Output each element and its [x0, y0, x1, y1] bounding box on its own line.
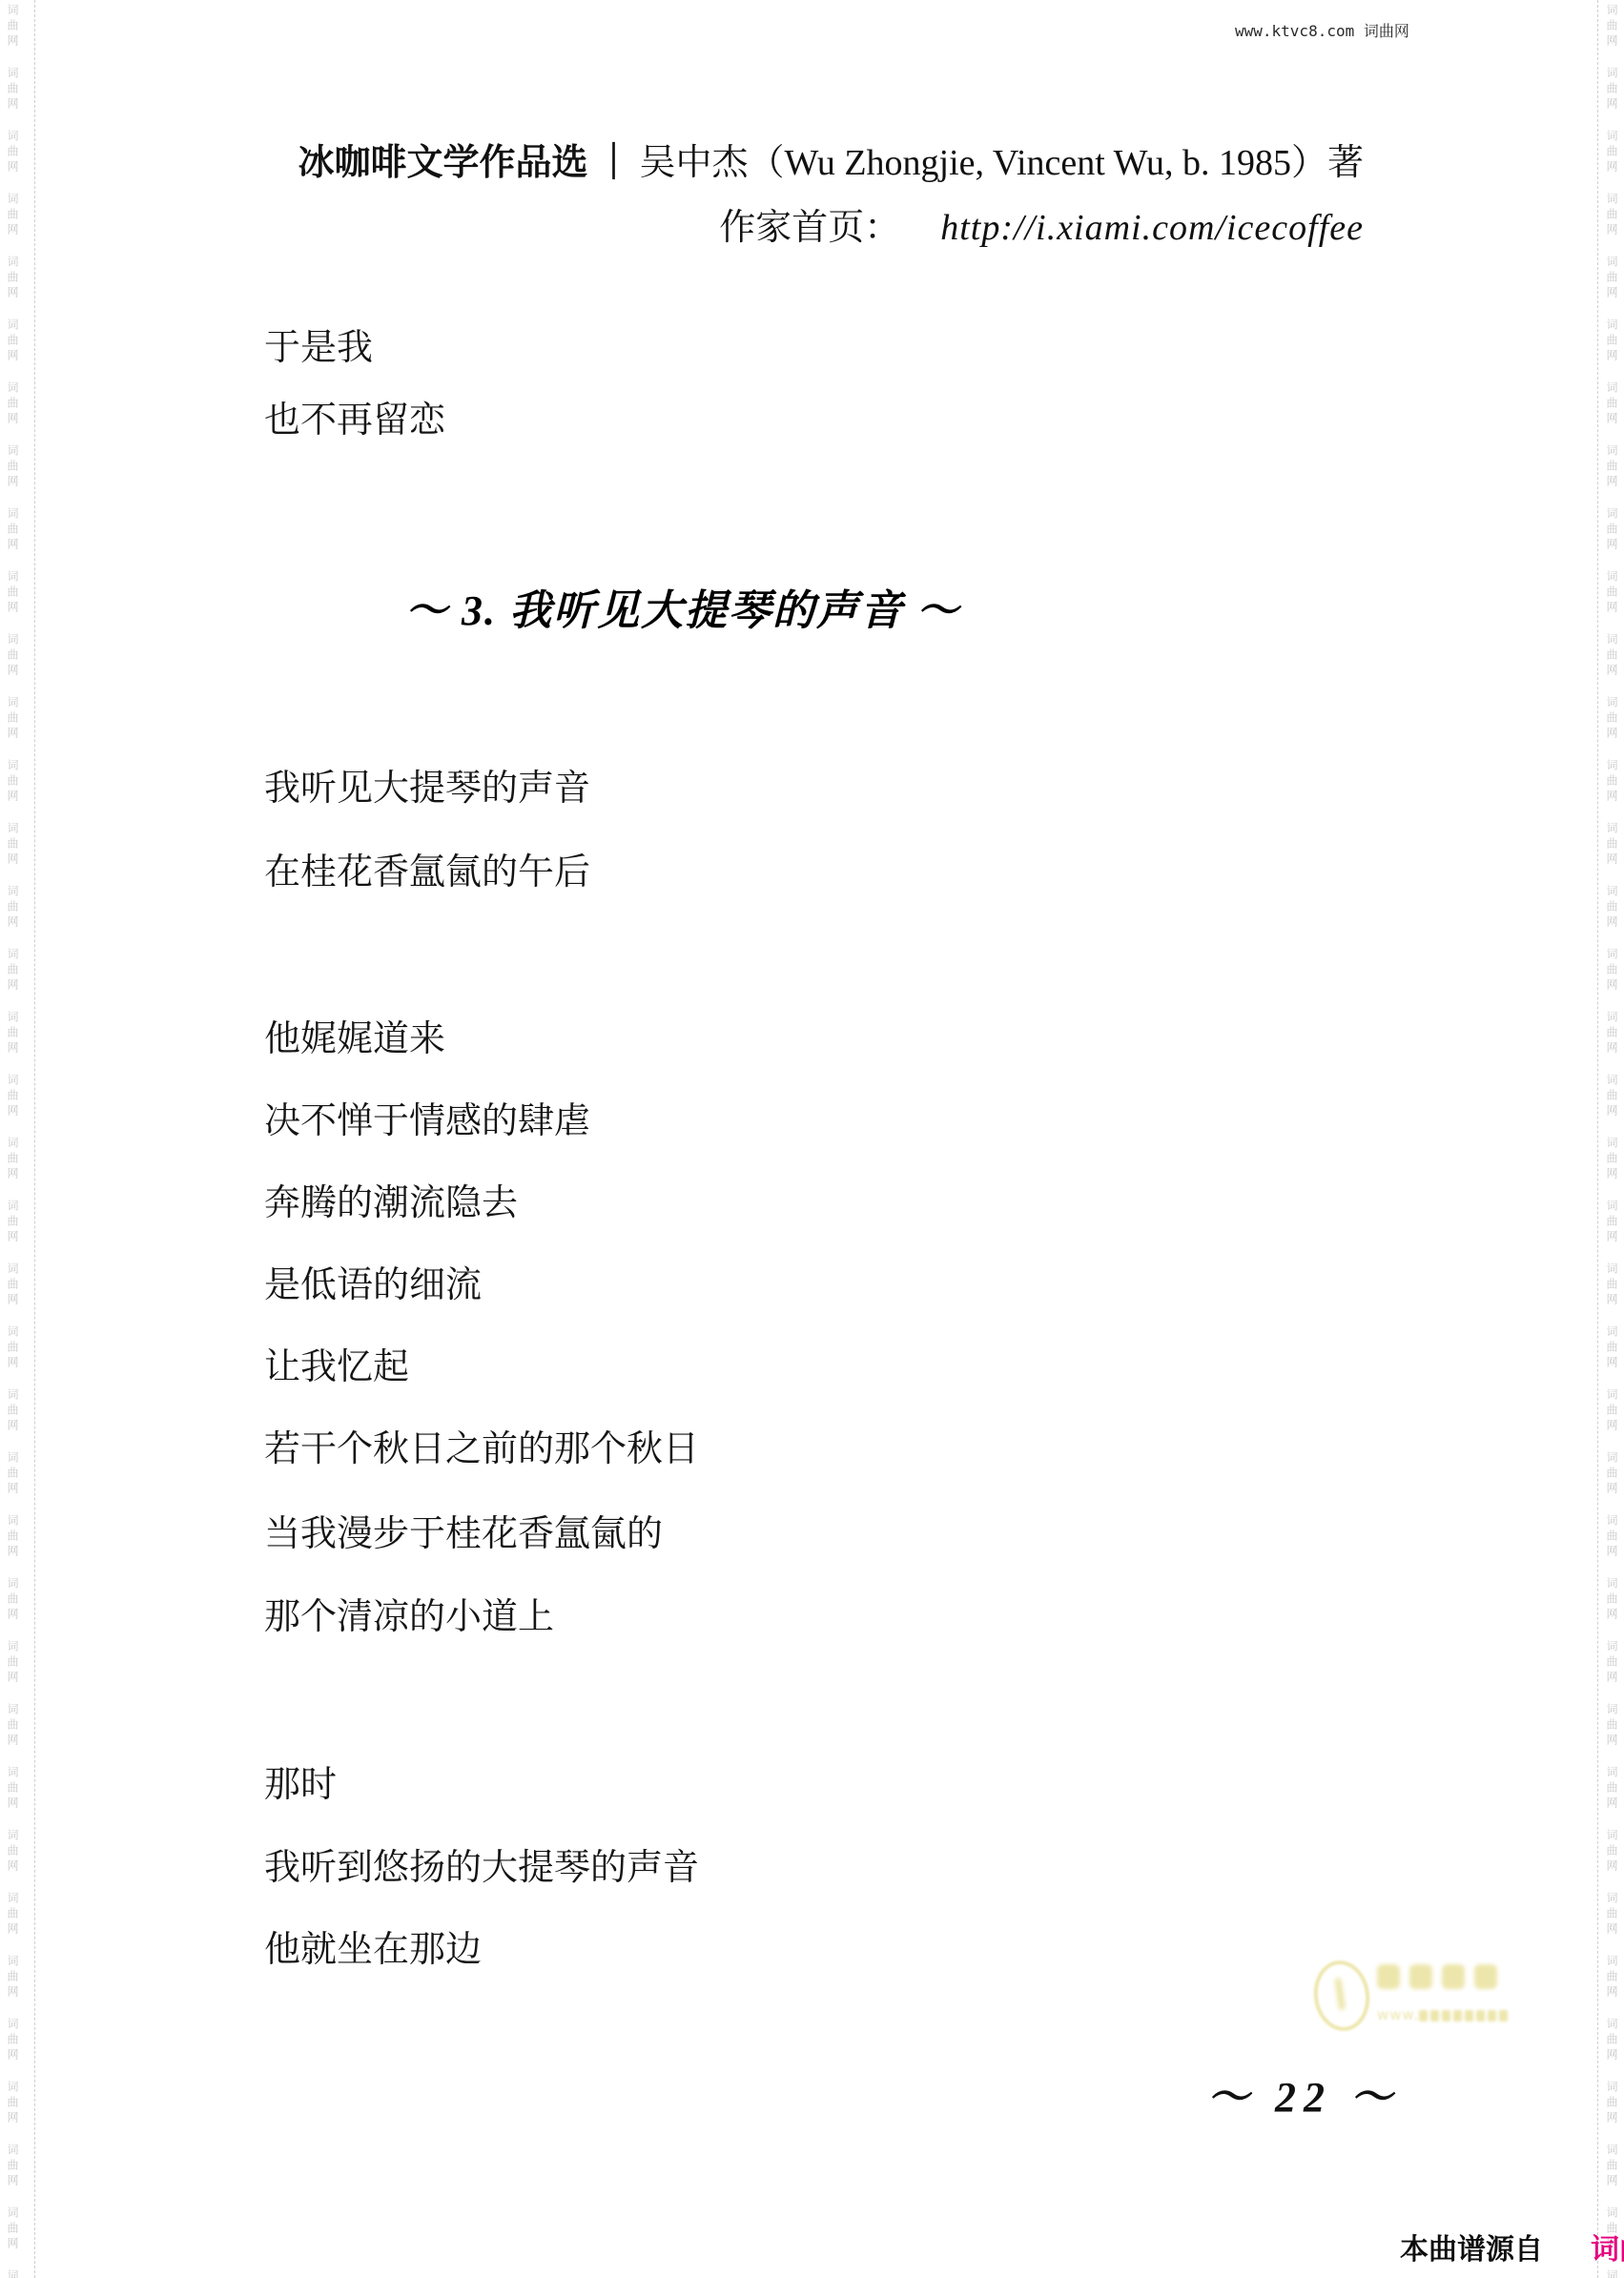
stamp-url-glyph: [1465, 2010, 1473, 2021]
poem-line: 是低语的细流: [264, 1267, 482, 1303]
poem-line: 当我漫步于桂花香氲氤的: [264, 1516, 663, 1552]
poem-line: 决不惮于情感的肆虐: [264, 1103, 590, 1139]
stamp-url-glyph: [1442, 2010, 1450, 2021]
series-title: 冰咖啡文学作品选: [298, 143, 587, 183]
right-edge-watermark: 词曲网 词曲网 词曲网 词曲网 词曲网 词曲网 词曲网 词曲网 词曲网 词曲网 …: [1606, 4, 1617, 2278]
author-name: 吴中杰（Wu Zhongjie, Vincent Wu, b. 1985）著: [639, 143, 1364, 183]
left-dashed-border: [34, 0, 35, 2278]
stamp-glyph: [1442, 1964, 1465, 1989]
poem-line: 若干个秋日之前的那个秋日: [264, 1431, 699, 1467]
stamp-url-row: www.: [1377, 2006, 1511, 2023]
stamp-url-glyph: [1476, 2010, 1485, 2021]
site-watermark-text: www.ktvc8.com 词曲网: [1235, 19, 1409, 41]
stamp-url-glyph: [1430, 2010, 1439, 2021]
right-dashed-border: [1597, 0, 1598, 2278]
footer-source-label: 本曲谱源自: [1400, 2234, 1543, 2266]
poem-line: 我听到悠扬的大提琴的声音: [264, 1850, 699, 1886]
footer-credit: 本曲谱源自词曲网: [1400, 2226, 1624, 2268]
poem-line: 也不再留恋: [264, 402, 445, 439]
title-author-separator: ｜: [587, 143, 639, 183]
stamp-url-glyph: [1499, 2010, 1508, 2021]
header-line-homepage: 作家首页：http://i.xiami.com/icecoffee: [298, 208, 1364, 250]
homepage-label: 作家首页：: [719, 208, 900, 248]
stamp-url-glyph: [1419, 2010, 1428, 2021]
poem-line: 我听见大提琴的声音: [264, 770, 590, 807]
stamp-glyph: [1474, 1964, 1497, 1989]
left-edge-watermark: 词曲网 词曲网 词曲网 词曲网 词曲网 词曲网 词曲网 词曲网 词曲网 词曲网 …: [7, 4, 18, 2278]
stamp-glyph-row: [1377, 1964, 1507, 1989]
document-header: 冰咖啡文学作品选｜吴中杰（Wu Zhongjie, Vincent Wu, b.…: [298, 143, 1364, 249]
faint-stamp-watermark: www.: [1314, 1957, 1514, 2042]
stamp-url-text: www.: [1377, 2006, 1419, 2023]
poem-line: 那个清凉的小道上: [264, 1599, 554, 1635]
homepage-url: http://i.xiami.com/icecoffee: [940, 208, 1364, 248]
poem-line: 奔腾的潮流隐去: [264, 1185, 518, 1221]
poem-line: 他就坐在那边: [264, 1932, 482, 1968]
poem-line: 他娓娓道来: [264, 1021, 445, 1057]
section-title: ～ 3. 我听见大提琴的声音 ～: [264, 576, 1101, 637]
stamp-glyph: [1377, 1964, 1400, 1989]
footer-site-name: 词曲网: [1591, 2234, 1624, 2266]
poem-line: 那时: [264, 1767, 337, 1803]
poem-line: 让我忆起: [264, 1349, 409, 1385]
stamp-logo-glyph: [1334, 1978, 1346, 2011]
poem-line: 在桂花香氲氤的午后: [264, 854, 590, 891]
stamp-glyph: [1409, 1964, 1432, 1989]
stamp-circle-logo: [1309, 1957, 1374, 2034]
stamp-url-glyph: [1453, 2010, 1462, 2021]
stamp-url-glyph: [1488, 2010, 1496, 2021]
page-number: ～ 22 ～: [1207, 2063, 1400, 2124]
header-line-title-author: 冰咖啡文学作品选｜吴中杰（Wu Zhongjie, Vincent Wu, b.…: [298, 143, 1364, 185]
poem-line: 于是我: [264, 330, 373, 366]
document-page: 词曲网 词曲网 词曲网 词曲网 词曲网 词曲网 词曲网 词曲网 词曲网 词曲网 …: [0, 0, 1624, 2278]
